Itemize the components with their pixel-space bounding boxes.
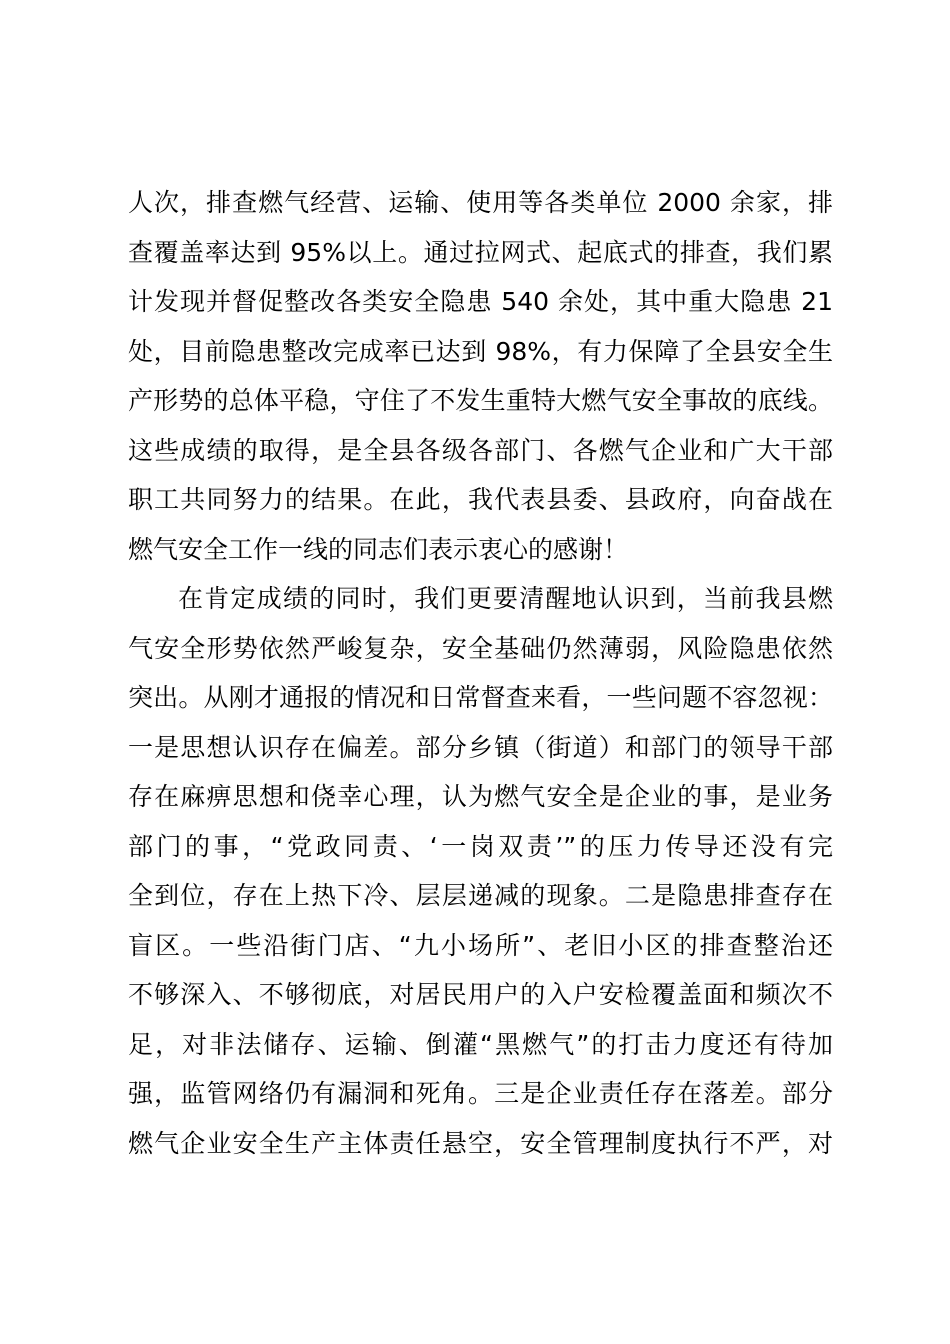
paragraph-work-summary: 人次，排查燃气经营、运输、使用等各类单位 2000 余家，排 查覆盖率达到 95…: [128, 178, 833, 574]
text-line: 在肯定成绩的同时，我们更要清醒地认识到，当前我县燃: [128, 574, 833, 624]
paragraph-problems-analysis: 在肯定成绩的同时，我们更要清醒地认识到，当前我县燃 气安全形势依然严峻复杂，安全…: [128, 574, 833, 1168]
text-line: 燃气企业安全生产主体责任悬空，安全管理制度执行不严，对: [128, 1119, 833, 1169]
text-line: 气安全形势依然严峻复杂，安全基础仍然薄弱，风险隐患依然: [128, 624, 833, 674]
text-line: 强，监管网络仍有漏洞和死角。三是企业责任存在落差。部分: [128, 1069, 833, 1119]
text-line: 燃气安全工作一线的同志们表示衷心的感谢！: [128, 525, 833, 575]
text-line: 突出。从刚才通报的情况和日常督查来看，一些问题不容忽视：: [128, 673, 833, 723]
text-line: 存在麻痹思想和侥幸心理，认为燃气安全是企业的事，是业务: [128, 772, 833, 822]
text-line: 处，目前隐患整改完成率已达到 98%，有力保障了全县安全生: [128, 327, 833, 377]
text-line: 一是思想认识存在偏差。部分乡镇（街道）和部门的领导干部: [128, 723, 833, 773]
text-line: 这些成绩的取得，是全县各级各部门、各燃气企业和广大干部: [128, 426, 833, 476]
text-line: 查覆盖率达到 95%以上。通过拉网式、起底式的排查，我们累: [128, 228, 833, 278]
document-page: 人次，排查燃气经营、运输、使用等各类单位 2000 余家，排 查覆盖率达到 95…: [0, 0, 950, 1344]
text-line: 不够深入、不够彻底，对居民用户的入户安检覆盖面和频次不: [128, 970, 833, 1020]
text-line: 盲区。一些沿街门店、“九小场所”、老旧小区的排查整治还: [128, 921, 833, 971]
text-line: 职工共同努力的结果。在此，我代表县委、县政府，向奋战在: [128, 475, 833, 525]
text-line: 足，对非法储存、运输、倒灌“黑燃气”的打击力度还有待加: [128, 1020, 833, 1070]
text-line: 全到位，存在上热下冷、层层递减的现象。二是隐患排查存在: [128, 871, 833, 921]
text-line: 部门的事，“党政同责、‘一岗双责’”的压力传导还没有完: [128, 822, 833, 872]
text-line: 计发现并督促整改各类安全隐患 540 余处，其中重大隐患 21: [128, 277, 833, 327]
text-line: 产形势的总体平稳，守住了不发生重特大燃气安全事故的底线。: [128, 376, 833, 426]
text-line: 人次，排查燃气经营、运输、使用等各类单位 2000 余家，排: [128, 178, 833, 228]
